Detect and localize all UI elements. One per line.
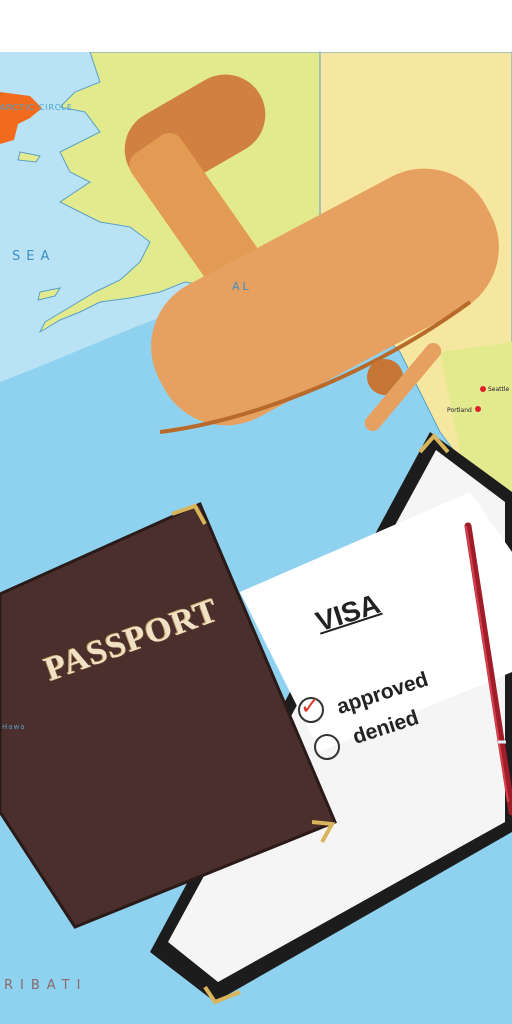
map-label-seattle: Seattle xyxy=(488,386,509,393)
map-label-kiribati: RIBATI xyxy=(4,978,87,993)
denied-checkbox-circle xyxy=(314,734,340,760)
top-white-margin xyxy=(0,0,512,52)
photo-illustration xyxy=(0,52,512,1024)
map-label-sea: SEA xyxy=(12,249,55,264)
map-label-portland: Portland xyxy=(447,407,472,414)
travel-photo: ARCTIC CIRCLE SEA AL Seattle Portland Ha… xyxy=(0,52,512,1024)
map-label-hawaii: Hawa xyxy=(2,723,26,731)
map-label-al: AL xyxy=(232,280,252,293)
map-label-arctic-circle: ARCTIC CIRCLE xyxy=(0,103,73,112)
check-mark-icon: ✓ xyxy=(300,692,320,720)
